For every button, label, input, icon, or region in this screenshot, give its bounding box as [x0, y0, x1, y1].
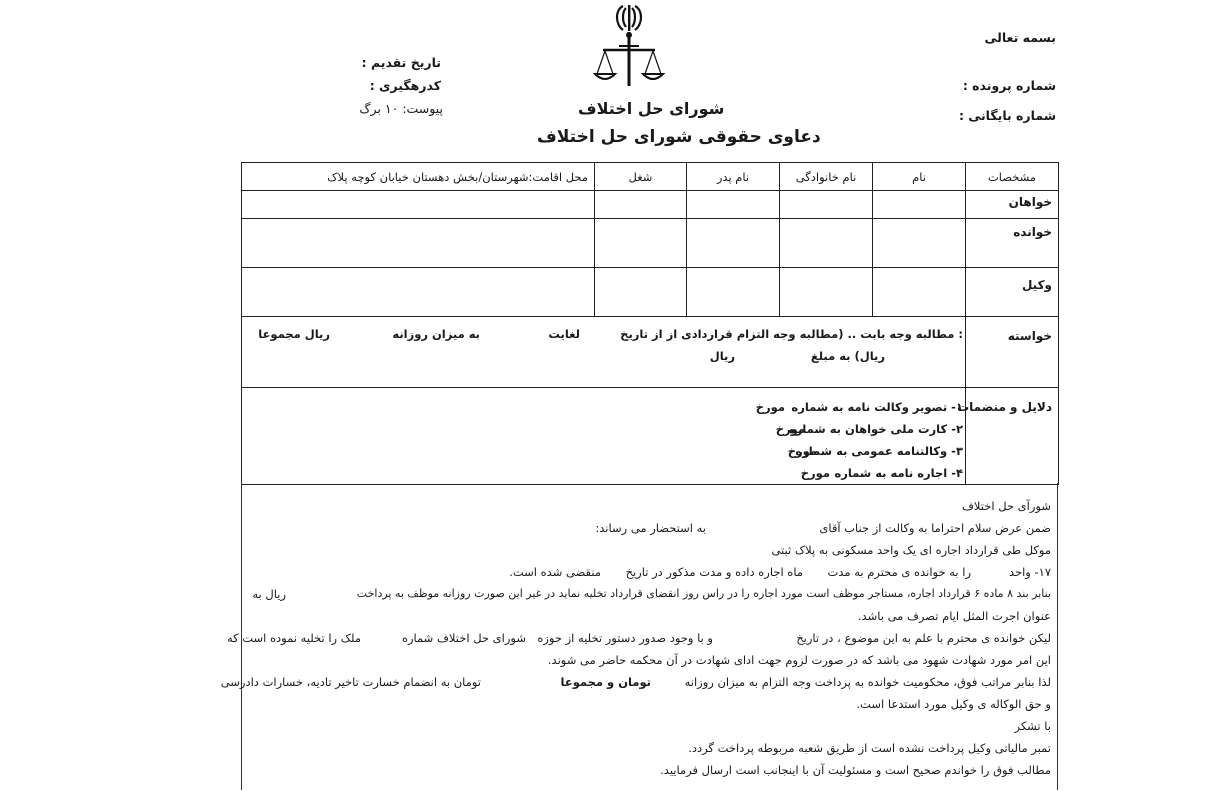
claim-text-amount: ریال) به مبلغ — [811, 345, 885, 367]
body-text: و حق الوکاله ی وکیل مورد استدعا است. — [856, 697, 1051, 711]
body-text: تومان به انضمام خسارت تاخیر تادیه، خسارا… — [221, 675, 481, 689]
parties-table: مشخصات نام نام خانوادگی نام پدر شغل محل … — [241, 162, 1059, 485]
body-line-8: این امر مورد شهادت شهود می باشد که در صو… — [251, 653, 1051, 673]
body-line-10: و حق الوکاله ی وکیل مورد استدعا است. — [251, 697, 1051, 717]
col-header-father-name: نام پدر — [687, 163, 780, 191]
evidence-item-text: ۳- وکالتنامه عمومی به شماره — [795, 440, 963, 462]
claim-text-b: لغایت — [548, 323, 580, 345]
evidence-item-date: مورخ — [776, 418, 805, 440]
evidence-cell[interactable]: ۱- تصویر وکالت نامه به شماره مورخ ۲- کار… — [242, 388, 966, 485]
body-line-13: مطالب فوق را خواندم صحیح است و مسئولیت آ… — [251, 763, 1051, 783]
body-text: ضمن عرض سلام احتراما به وکالت از جناب آق… — [819, 521, 1051, 535]
plaintiff-address-field[interactable] — [242, 191, 595, 219]
attorney-family-name-field[interactable] — [780, 268, 873, 317]
evidence-item-3: ۳- وکالتنامه عمومی به شماره مورخ — [242, 440, 965, 462]
body-line-2: ضمن عرض سلام احتراما به وکالت از جناب آق… — [251, 521, 1051, 541]
petition-body[interactable]: شورآی حل اختلاف ضمن عرض سلام احتراما به … — [241, 483, 1058, 790]
tracking-code-label: کدرهگیری : — [370, 78, 441, 93]
row-label-defendant: خوانده — [966, 219, 1059, 268]
table-row-plaintiff: خواهان — [242, 191, 1059, 219]
body-line-11: با تشکر — [251, 719, 1051, 739]
evidence-item-date: مورخ — [801, 462, 830, 484]
claim-text-c: به میزان روزانه — [392, 323, 480, 345]
body-text: لذا بنابر مراتب فوق، محکومیت خوانده به پ… — [685, 675, 1051, 689]
body-line-6: عنوان اجرت المثل ایام تصرف می باشد. — [251, 609, 1051, 629]
evidence-item-1: ۱- تصویر وکالت نامه به شماره مورخ — [242, 396, 965, 418]
body-text: مطالب فوق را خواندم صحیح است و مسئولیت آ… — [660, 763, 1051, 777]
table-header-row: مشخصات نام نام خانوادگی نام پدر شغل محل … — [242, 163, 1059, 191]
body-text: تمبر مالیاتی وکیل پرداخت نشده است از طری… — [688, 741, 1051, 755]
evidence-item-4: ۴- اجاره نامه به شماره مورخ — [242, 462, 965, 484]
body-text: ملک را تخلیه نموده است که — [227, 631, 361, 645]
claim-line-2: ریال) به مبلغ ریال — [242, 345, 965, 367]
body-line-7: لیکن خوانده ی محترم با علم به این موضوع … — [241, 631, 1051, 651]
attachment-label: پیوست: ۱۰ برگ — [359, 101, 443, 116]
body-text: و با وجود صدور دستور تخلیه از حوزه — [537, 631, 713, 645]
form-title: دعاوی حقوقی شورای حل اختلاف — [537, 127, 821, 147]
body-text: شورآی حل اختلاف — [962, 499, 1051, 513]
body-text: ماه اجاره داده و مدت مذکور در تاریخ — [626, 565, 803, 579]
archive-number-label: شماره بایگانی : — [959, 108, 1056, 123]
col-header-family-name: نام خانوادگی — [780, 163, 873, 191]
claim-cell[interactable]: : مطالبه وجه بابت .. (مطالبه وجه التزام … — [242, 317, 966, 388]
body-text: بنابر بند ۸ ماده ۶ قرارداد اجاره، مستاجر… — [357, 587, 1051, 600]
body-text: ۱۷- واحد — [1009, 565, 1051, 579]
row-label-claim: خواسته — [966, 317, 1059, 388]
body-text: منقضی شده است. — [509, 565, 601, 579]
body-text: را به خوانده ی محترم به مدت — [828, 565, 971, 579]
defendant-name-field[interactable] — [873, 219, 966, 268]
body-line-3: موکل طی قرارداد اجاره ای یک واحد مسکونی … — [251, 543, 1051, 563]
attorney-father-name-field[interactable] — [687, 268, 780, 317]
bismillah-heading: بسمه تعالی — [984, 30, 1056, 45]
submission-date-label: تاریخ تقدیم : — [362, 55, 441, 70]
attorney-name-field[interactable] — [873, 268, 966, 317]
evidence-item-date: مورخ — [756, 396, 785, 418]
claim-line-1: : مطالبه وجه بابت .. (مطالبه وجه التزام … — [242, 323, 965, 345]
defendant-family-name-field[interactable] — [780, 219, 873, 268]
judiciary-emblem-icon — [593, 2, 665, 94]
body-text: به استحضار می رساند: — [595, 521, 706, 535]
body-text: تومان و مجموعا — [561, 675, 651, 689]
body-line-5: بنابر بند ۸ ماده ۶ قرارداد اجاره، مستاجر… — [241, 587, 1051, 607]
plaintiff-name-field[interactable] — [873, 191, 966, 219]
body-line-9: لذا بنابر مراتب فوق، محکومیت خوانده به پ… — [241, 675, 1051, 695]
evidence-item-text: ۲- کارت ملی خواهان به شماره — [789, 418, 963, 440]
row-label-attorney: وکیل — [966, 268, 1059, 317]
claim-text-d: ریال مجموعا — [258, 323, 330, 345]
body-text: عنوان اجرت المثل ایام تصرف می باشد. — [858, 609, 1051, 623]
claim-text-rial: ریال — [710, 345, 735, 367]
claim-text-a: : مطالبه وجه بابت .. (مطالبه وجه التزام … — [620, 323, 963, 345]
col-header-occupation: شغل — [595, 163, 687, 191]
table-row-attorney: وکیل — [242, 268, 1059, 317]
row-label-evidence: دلایل و منضمات — [966, 388, 1059, 485]
body-text: با تشکر — [1014, 719, 1051, 733]
defendant-address-field[interactable] — [242, 219, 595, 268]
evidence-item-text: ۱- تصویر وکالت نامه به شماره — [791, 396, 963, 418]
defendant-father-name-field[interactable] — [687, 219, 780, 268]
col-header-name: نام — [873, 163, 966, 191]
body-line-12: تمبر مالیاتی وکیل پرداخت نشده است از طری… — [251, 741, 1051, 761]
body-text: لیکن خوانده ی محترم با علم به این موضوع … — [796, 631, 1051, 645]
body-line-4: ۱۷- واحد را به خوانده ی محترم به مدت ماه… — [251, 565, 1051, 585]
col-header-specs: مشخصات — [966, 163, 1059, 191]
table-row-evidence: دلایل و منضمات ۱- تصویر وکالت نامه به شم… — [242, 388, 1059, 485]
body-text: ریال به — [252, 587, 286, 601]
body-text: شورای حل اختلاف شماره — [402, 631, 526, 645]
table-row-claim: خواسته : مطالبه وجه بابت .. (مطالبه وجه … — [242, 317, 1059, 388]
evidence-item-2: ۲- کارت ملی خواهان به شماره مورخ — [242, 418, 965, 440]
attorney-occupation-field[interactable] — [595, 268, 687, 317]
plaintiff-occupation-field[interactable] — [595, 191, 687, 219]
case-number-label: شماره پرونده : — [963, 78, 1056, 93]
defendant-occupation-field[interactable] — [595, 219, 687, 268]
row-label-plaintiff: خواهان — [966, 191, 1059, 219]
evidence-item-text: ۴- اجاره نامه به شماره — [834, 462, 963, 484]
plaintiff-father-name-field[interactable] — [687, 191, 780, 219]
body-text: این امر مورد شهادت شهود می باشد که در صو… — [548, 653, 1051, 667]
org-name: شورای حل اختلاف — [578, 99, 724, 118]
evidence-item-date: مورخ — [788, 440, 817, 462]
body-text: موکل طی قرارداد اجاره ای یک واحد مسکونی … — [771, 543, 1051, 557]
attorney-address-field[interactable] — [242, 268, 595, 317]
table-row-defendant: خوانده — [242, 219, 1059, 268]
plaintiff-family-name-field[interactable] — [780, 191, 873, 219]
col-header-address: محل اقامت:شهرستان/بخش دهستان خیابان کوچه… — [242, 163, 595, 191]
